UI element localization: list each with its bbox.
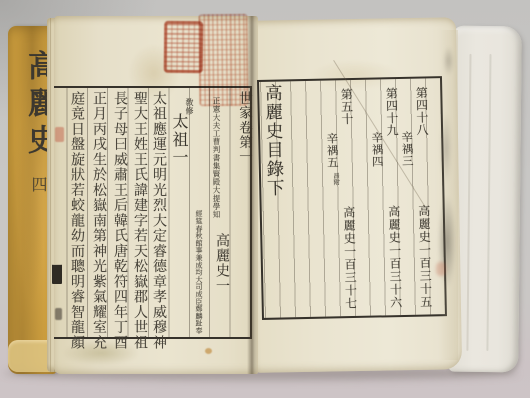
section-title: 太祖一 <box>168 113 191 167</box>
toc-entry-volume: 高麗史一百三十五 <box>416 204 435 308</box>
toc-closing-title: 高麗史目錄下 <box>260 83 287 197</box>
toc-entry-subject: 辛禑三 <box>399 131 416 167</box>
main-text-column: 長子母曰威肅王后韓氏唐乾符四年丁酉 <box>110 91 130 350</box>
ink-bleed-smudge <box>443 46 454 76</box>
book-photo: 高麗史 四 第四十八 辛禑三 高麗史一百三十五 第四十九 辛禑四 高麗史一百三十… <box>0 0 530 398</box>
page-edge-line <box>486 54 491 352</box>
volume-label: 高麗史一 <box>212 233 232 294</box>
page-gutter-shadow <box>247 16 258 374</box>
ink-bleed-smudge <box>440 112 452 184</box>
main-text-column: 聖大王姓王氏諱建字若天松嶽郡人世祖 <box>130 91 150 350</box>
toc-entry-subject: 辛禑五 <box>324 132 341 168</box>
page-edge-line <box>466 54 471 352</box>
red-seal-small-icon <box>164 21 204 73</box>
toc-entry-chapter: 第四十八 <box>413 86 431 136</box>
page-fold-strip <box>439 30 458 360</box>
toc-entry-subject: 辛禑四 <box>369 131 386 167</box>
seal-bleed-mark <box>436 262 446 276</box>
compiler-credit-line: 正憲大夫工曹判書集賢殿大提學知 <box>211 97 222 219</box>
toc-entry-volume: 高麗史一百三十六 <box>386 205 405 309</box>
toc-entry-note: 昌附 <box>332 172 341 185</box>
compiler-credit-line: 經筵春秋館事兼成均大司成臣鄭麟趾奉 <box>194 210 204 334</box>
toc-entry-volume: 高麗史一百三十七 <box>341 206 360 310</box>
main-text-column: 太祖應運元明光烈大定睿德章孝威穆神 <box>149 91 169 350</box>
toc-entry-chapter: 第四十九 <box>383 87 401 137</box>
main-text-column: 庭竟日盤旋狀若蛟龍幼而聰明睿智龍顏 <box>67 91 87 350</box>
text-frame-left: 世家卷第一 正憲大夫工曹判書集賢殿大提學知 經筵春秋館事兼成均大司成臣鄭麟趾奉 … <box>54 86 252 339</box>
main-text-column: 正月丙戌生於松嶽南第神光紫氣耀室充 <box>89 91 109 350</box>
red-seal-large-icon <box>199 14 249 107</box>
